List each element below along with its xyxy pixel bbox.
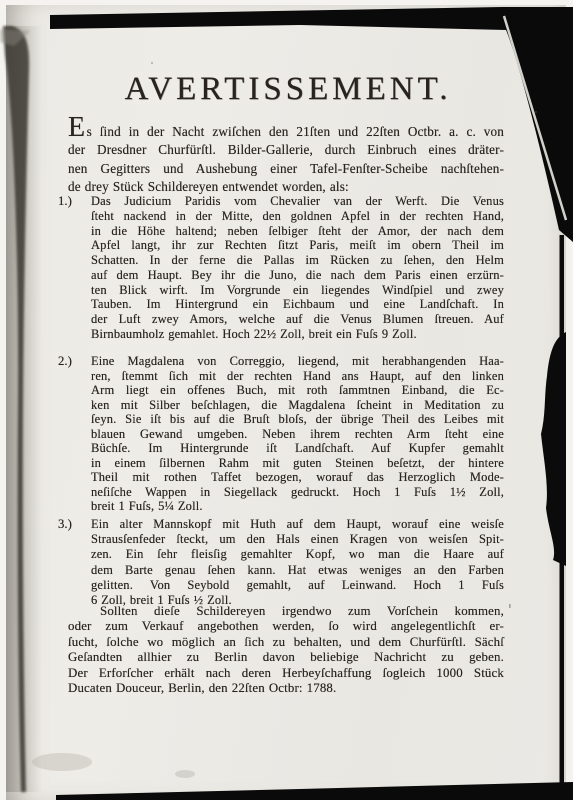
item-number: 1.) (58, 194, 72, 209)
text-line: ſteht nackend in der Mitte, den goldnen … (91, 209, 504, 224)
scanned-page: AVERTISSEMENT. Es ſind in der Nacht zwiſ… (0, 0, 573, 800)
text-line: Büchſe. Im Hintergrunde iſt Landſchaft. … (91, 441, 504, 456)
catalog-item: 3.) Ein alter Mannskopf mit Huth auf dem… (58, 517, 504, 608)
text-line: in die Höhe haltend; neben ſelbiger ſteh… (91, 224, 504, 239)
closing-paragraph: Sollten dieſe Schildereyen irgendwo zum … (68, 604, 504, 697)
text-line: Das Judicium Paridis vom Chevalier van d… (91, 194, 504, 209)
text-line: Der Erforſcher erhält nach deren Herbeyſ… (68, 666, 504, 681)
text-line: Eine Magdalena von Correggio, liegend, m… (91, 354, 504, 369)
text-line: Sollten dieſe Schildereyen irgendwo zum … (68, 604, 504, 619)
text-line: in einem ſilbernen Rahm mit guten Steine… (91, 456, 504, 471)
text-line: gelitten. Von Seybold gemahlt, auf Leinw… (91, 578, 504, 593)
catalog-item: 1.) Das Judicium Paridis vom Chevalier v… (58, 194, 504, 342)
text-line: Strausſenfeder ſteckt, um den Hals einen… (91, 532, 504, 547)
item-text: Eine Magdalena von Correggio, liegend, m… (91, 354, 504, 514)
item-text: Ein alter Mannskopf mit Huth auf dem Hau… (91, 517, 504, 608)
text-line: Birnbaumholz gemahlet. Hoch 22½ Zoll, br… (91, 327, 504, 342)
catalog-item: 2.) Eine Magdalena von Correggio, liegen… (58, 354, 504, 514)
text-line: ſeyn. Sie iſt bis auf die Bruſt bloſs, d… (91, 412, 504, 427)
text-line: Apfel langt, ihr zur Rechten ſitzt Paris… (91, 238, 504, 253)
page-title: AVERTISSEMENT. (94, 71, 482, 108)
text-line: der Dresdner Churfürſtl. Bilder-Gallerie… (68, 141, 504, 159)
text-line: der Luft zwey Amors, welche auf die Venu… (91, 312, 504, 327)
text-line: ken mit Silber beſchlagen, die Magdalena… (91, 398, 504, 413)
item-text: Das Judicium Paridis vom Chevalier van d… (91, 194, 504, 342)
text-line: ten Blick wirft. Im Vorgrunde ein liegen… (91, 283, 504, 298)
text-line: neſiſche Wappen in Siegellack gedruckt. … (91, 485, 504, 500)
item-number: 3.) (58, 517, 72, 532)
text-line: ſucht, ſolche wo möglich an ſich zu beha… (68, 635, 504, 650)
paper: AVERTISSEMENT. Es ſind in der Nacht zwiſ… (6, 5, 566, 800)
text-line: Ein alter Mannskopf mit Huth auf dem Hau… (91, 517, 504, 532)
text-line: Es ſind in der Nacht zwiſchen den 21ſten… (68, 119, 504, 141)
text-line: zen. Ein ſehr fleisſig gemahlter Kopf, w… (91, 547, 504, 562)
text-line: breit 1 Fuſs, 5¼ Zoll. (91, 499, 504, 514)
text-line: Theil mit rothen Taffet bezogen, worauf … (91, 470, 504, 485)
text-line: Geſandten allhier zu Berlin davon belieb… (68, 650, 504, 665)
text-line: nen Gegitters und Aushebung einer Tafel-… (68, 160, 504, 178)
text-line: oder zum Verkauf angebothen werden, ſo w… (68, 619, 504, 634)
text-line: blauen Gewand umgeben. Neben ihrem recht… (91, 427, 504, 442)
item-number: 2.) (58, 354, 72, 369)
intro-paragraph: Es ſind in der Nacht zwiſchen den 21ſten… (68, 119, 504, 197)
text-line: Ducaten Douceur, Berlin, den 22ſten Octb… (68, 681, 504, 696)
text-line: ren, ſtemmt ſich mit der rechten Hand an… (91, 369, 504, 384)
text-line: Arm liegt ein offenes Buch, mit roth ſam… (91, 383, 504, 398)
text-line: Tauben. Im Hintergrund ein Eichbaum und … (91, 297, 504, 312)
text-line: Schatten. In der ferne die Pallas im Rüc… (91, 253, 504, 268)
text-line: auf dem Haupt. Bey ihr die Juno, die nac… (91, 268, 504, 283)
text-line: dem Barte genau ſehen kann. Hat etwas we… (91, 563, 504, 578)
